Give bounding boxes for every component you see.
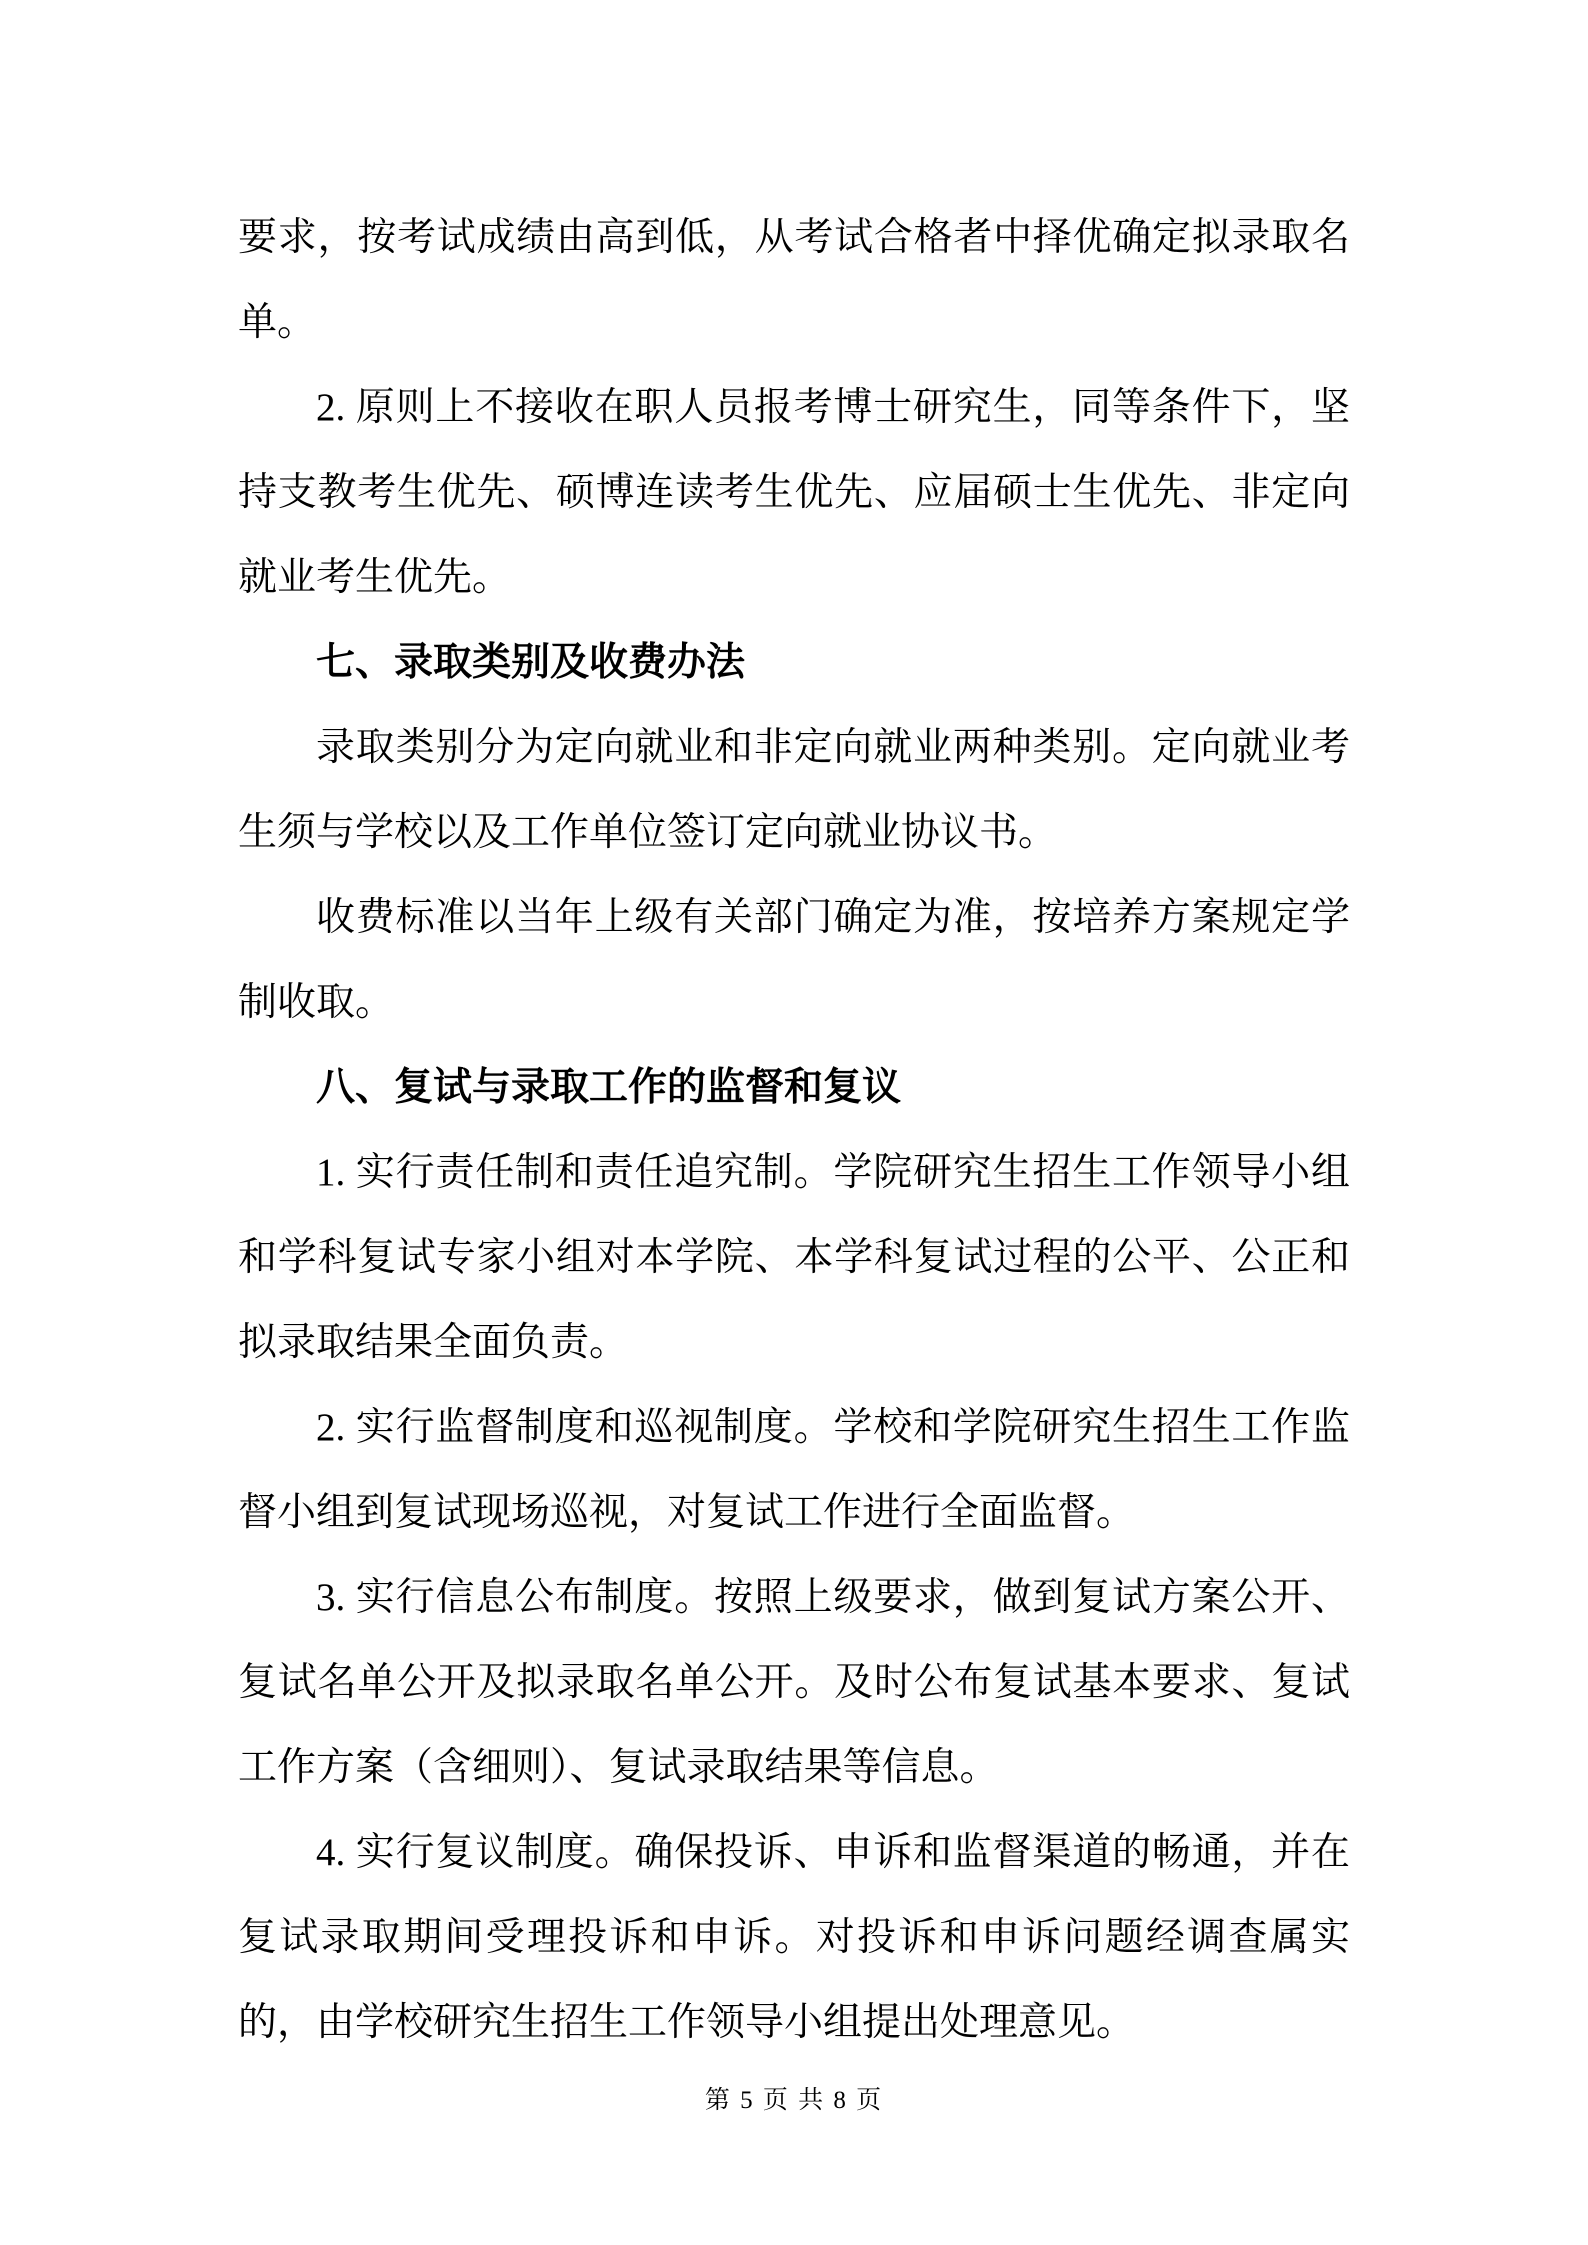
text-line: 就业考生优先。 xyxy=(238,535,1350,620)
document-page: 要求，按考试成绩由高到低，从考试合格者中择优确定拟录取名单。2. 原则上不接收在… xyxy=(0,0,1588,2245)
section-heading: 七、录取类别及收费办法 xyxy=(238,620,1350,705)
body-paragraph: 要求，按考试成绩由高到低，从考试合格者中择优确定拟录取名单。 xyxy=(238,195,1350,365)
body-paragraph: 2. 原则上不接收在职人员报考博士研究生，同等条件下，坚持支教考生优先、硕博连读… xyxy=(238,365,1350,620)
body-paragraph: 录取类别分为定向就业和非定向就业两种类别。定向就业考生须与学校以及工作单位签订定… xyxy=(238,705,1350,875)
text-line: 工作方案（含细则）、复试录取结果等信息。 xyxy=(238,1725,1350,1810)
body-paragraph: 收费标准以当年上级有关部门确定为准，按培养方案规定学制收取。 xyxy=(238,875,1350,1045)
text-line: 的，由学校研究生招生工作领导小组提出处理意见。 xyxy=(238,1980,1350,2065)
text-line: 录取类别分为定向就业和非定向就业两种类别。定向就业考 xyxy=(238,705,1350,790)
text-line: 1. 实行责任制和责任追究制。学院研究生招生工作领导小组 xyxy=(238,1130,1350,1215)
text-line: 2. 实行监督制度和巡视制度。学校和学院研究生招生工作监 xyxy=(238,1385,1350,1470)
text-line: 单。 xyxy=(238,280,1350,365)
heading-line: 七、录取类别及收费办法 xyxy=(238,620,1350,705)
text-line: 2. 原则上不接收在职人员报考博士研究生，同等条件下，坚 xyxy=(238,365,1350,450)
page-footer: 第 5 页 共 8 页 xyxy=(0,2086,1588,2116)
text-line: 制收取。 xyxy=(238,960,1350,1045)
body-paragraph: 2. 实行监督制度和巡视制度。学校和学院研究生招生工作监督小组到复试现场巡视，对… xyxy=(238,1385,1350,1555)
text-line: 生须与学校以及工作单位签订定向就业协议书。 xyxy=(238,790,1350,875)
body-paragraph: 1. 实行责任制和责任追究制。学院研究生招生工作领导小组和学科复试专家小组对本学… xyxy=(238,1130,1350,1385)
page-number-label: 第 5 页 共 8 页 xyxy=(705,2087,883,2114)
text-line: 复试名单公开及拟录取名单公开。及时公布复试基本要求、复试 xyxy=(238,1640,1350,1725)
text-line: 拟录取结果全面负责。 xyxy=(238,1300,1350,1385)
text-line: 和学科复试专家小组对本学院、本学科复试过程的公平、公正和 xyxy=(238,1215,1350,1300)
text-block: 要求，按考试成绩由高到低，从考试合格者中择优确定拟录取名单。2. 原则上不接收在… xyxy=(238,195,1350,2065)
text-line: 4. 实行复议制度。确保投诉、申诉和监督渠道的畅通，并在 xyxy=(238,1810,1350,1895)
text-line: 督小组到复试现场巡视，对复试工作进行全面监督。 xyxy=(238,1470,1350,1555)
text-line: 收费标准以当年上级有关部门确定为准，按培养方案规定学 xyxy=(238,875,1350,960)
text-line: 要求，按考试成绩由高到低，从考试合格者中择优确定拟录取名 xyxy=(238,195,1350,280)
text-line: 持支教考生优先、硕博连读考生优先、应届硕士生优先、非定向 xyxy=(238,450,1350,535)
heading-line: 八、复试与录取工作的监督和复议 xyxy=(238,1045,1350,1130)
body-paragraph: 4. 实行复议制度。确保投诉、申诉和监督渠道的畅通，并在复试录取期间受理投诉和申… xyxy=(238,1810,1350,2065)
text-line: 3. 实行信息公布制度。按照上级要求，做到复试方案公开、 xyxy=(238,1555,1350,1640)
text-line: 复试录取期间受理投诉和申诉。对投诉和申诉问题经调查属实 xyxy=(238,1895,1350,1980)
body-paragraph: 3. 实行信息公布制度。按照上级要求，做到复试方案公开、复试名单公开及拟录取名单… xyxy=(238,1555,1350,1810)
section-heading: 八、复试与录取工作的监督和复议 xyxy=(238,1045,1350,1130)
